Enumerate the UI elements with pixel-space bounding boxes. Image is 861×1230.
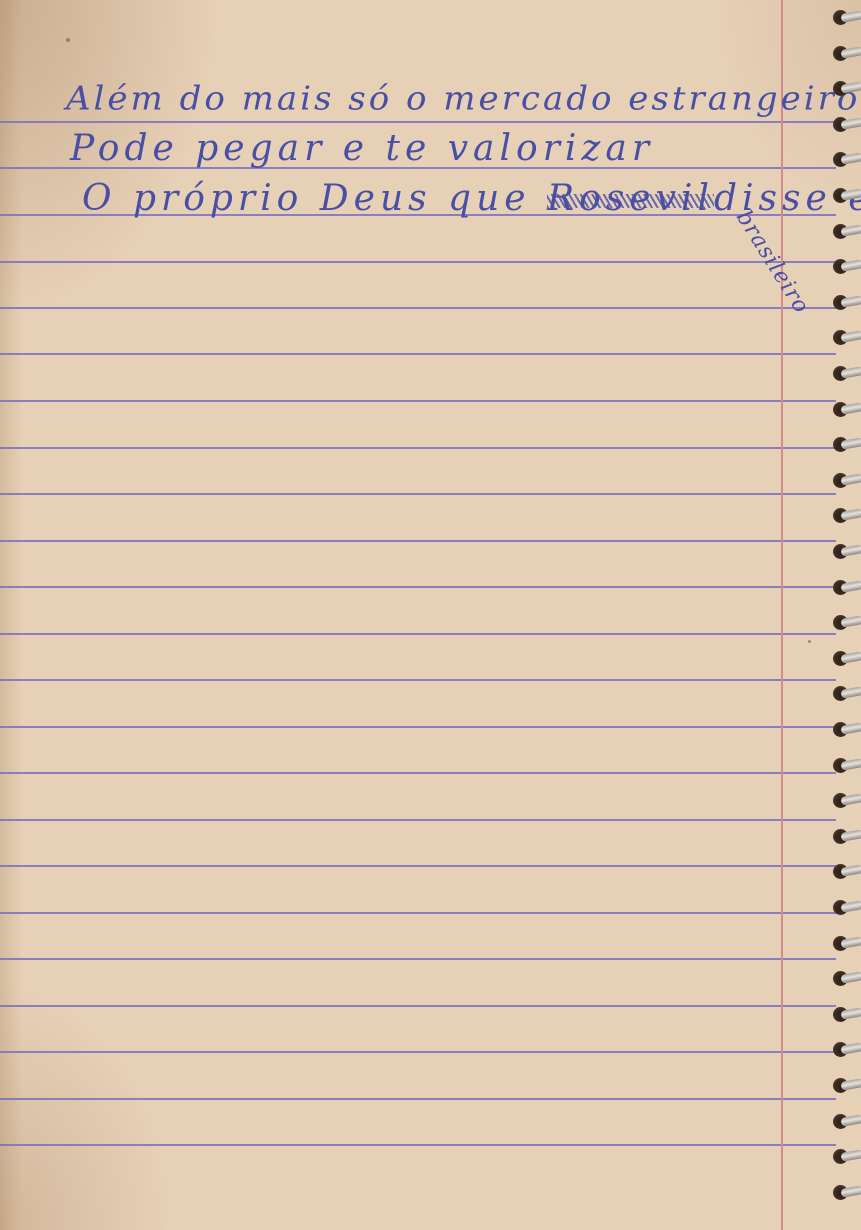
handwritten-line-2: Pode pegar e te valorizar bbox=[70, 128, 654, 169]
spiral-ring bbox=[831, 222, 861, 242]
rule-line bbox=[0, 1144, 836, 1146]
wire-coil-icon bbox=[840, 687, 861, 700]
spiral-ring bbox=[831, 115, 861, 135]
spiral-ring bbox=[831, 257, 861, 277]
line-3-start: O próprio Deus que bbox=[82, 178, 547, 219]
spiral-ring bbox=[831, 1076, 861, 1096]
rule-line bbox=[0, 261, 836, 263]
rule-line bbox=[0, 958, 836, 960]
spiral-ring bbox=[831, 578, 861, 598]
spiral-ring bbox=[831, 756, 861, 776]
spiral-ring bbox=[831, 862, 861, 882]
spiral-ring bbox=[831, 898, 861, 918]
spiral-ring bbox=[831, 791, 861, 811]
rule-line bbox=[0, 586, 836, 588]
rule-line bbox=[0, 633, 836, 635]
rule-line bbox=[0, 1051, 836, 1053]
spiral-ring bbox=[831, 293, 861, 313]
spiral-ring bbox=[831, 613, 861, 633]
spiral-ring bbox=[831, 506, 861, 526]
rule-line bbox=[0, 121, 836, 123]
rule-line bbox=[0, 912, 836, 914]
rule-line bbox=[0, 447, 836, 449]
spiral-ring bbox=[831, 150, 861, 170]
spiral-ring bbox=[831, 934, 861, 954]
spiral-ring bbox=[831, 720, 861, 740]
wire-coil-icon bbox=[840, 865, 861, 878]
spiral-ring bbox=[831, 827, 861, 847]
spiral-ring bbox=[831, 969, 861, 989]
spiral-binding bbox=[827, 0, 861, 1230]
spiral-ring bbox=[831, 471, 861, 491]
spiral-ring bbox=[831, 1112, 861, 1132]
rule-line bbox=[0, 679, 836, 681]
spiral-ring bbox=[831, 1147, 861, 1167]
rule-line bbox=[0, 819, 836, 821]
rule-line bbox=[0, 1005, 836, 1007]
paper-speck bbox=[808, 640, 811, 643]
spiral-ring bbox=[831, 542, 861, 562]
spiral-ring bbox=[831, 364, 861, 384]
spiral-ring bbox=[831, 79, 861, 99]
spiral-ring bbox=[831, 684, 861, 704]
wire-coil-icon bbox=[840, 153, 861, 166]
spiral-ring bbox=[831, 8, 861, 28]
rule-line bbox=[0, 400, 836, 402]
rule-line bbox=[0, 307, 836, 309]
crossed-out-word: Rosevil bbox=[547, 178, 714, 219]
rule-line bbox=[0, 540, 836, 542]
handwritten-line-1: Além do mais só o mercado estrangeiro bbox=[66, 80, 860, 118]
spiral-ring bbox=[831, 400, 861, 420]
wire-coil-icon bbox=[840, 1043, 861, 1056]
spiral-ring bbox=[831, 1040, 861, 1060]
rule-line bbox=[0, 353, 836, 355]
spiral-ring bbox=[831, 186, 861, 206]
rule-line bbox=[0, 865, 836, 867]
spiral-ring bbox=[831, 435, 861, 455]
rule-line bbox=[0, 493, 836, 495]
rule-line bbox=[0, 726, 836, 728]
rule-line bbox=[0, 772, 836, 774]
spiral-ring bbox=[831, 328, 861, 348]
spiral-ring bbox=[831, 44, 861, 64]
wire-coil-icon bbox=[840, 331, 861, 344]
notebook-page: Além do mais só o mercado estrangeiro Po… bbox=[0, 0, 861, 1230]
wire-coil-icon bbox=[840, 509, 861, 522]
rule-line bbox=[0, 1098, 836, 1100]
spiral-ring bbox=[831, 1005, 861, 1025]
paper-speck bbox=[66, 38, 70, 42]
spiral-ring bbox=[831, 1183, 861, 1203]
spiral-ring bbox=[831, 649, 861, 669]
